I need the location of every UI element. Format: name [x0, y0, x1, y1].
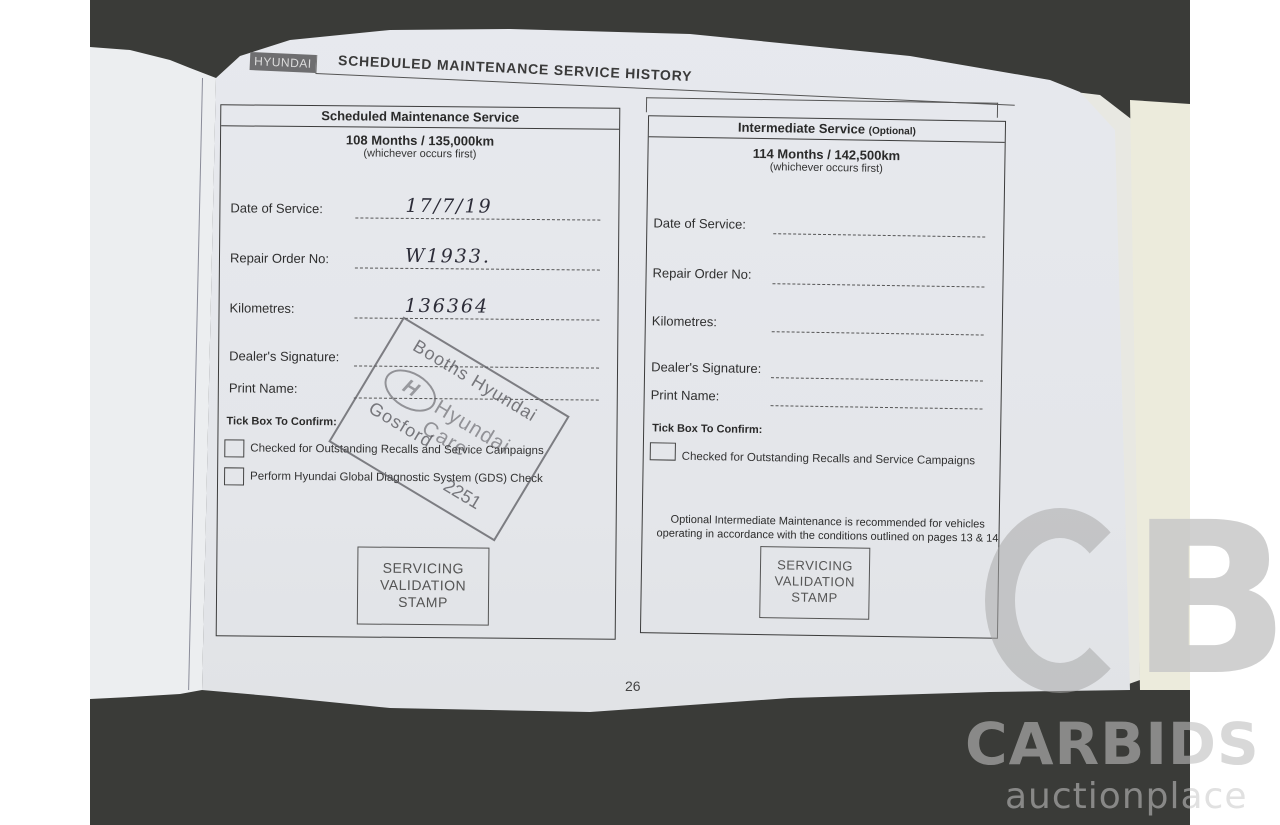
field-line	[355, 217, 600, 220]
stamp-line: STAMP	[358, 593, 488, 611]
field-repair-order[interactable]: Repair Order No:	[652, 258, 984, 287]
tick-heading: Tick Box To Confirm:	[652, 422, 762, 436]
field-label: Date of Service:	[230, 200, 323, 216]
field-repair-order[interactable]: Repair Order No: W1933.	[230, 243, 600, 270]
checkbox[interactable]	[224, 467, 244, 485]
checkbox[interactable]	[224, 439, 244, 457]
field-kilometres[interactable]: Kilometres: 136364	[229, 293, 599, 320]
scheduled-interval: 108 Months / 135,000km (whichever occurs…	[221, 131, 619, 161]
stamp-line: SERVICING	[761, 557, 869, 575]
field-print-name[interactable]: Print Name:	[651, 380, 983, 409]
field-date-of-service[interactable]: Date of Service:	[653, 208, 985, 237]
intermediate-service-box: Intermediate Service (Optional) 114 Mont…	[640, 115, 1006, 639]
field-line	[772, 331, 984, 335]
checkbox[interactable]	[650, 442, 676, 460]
field-line	[772, 283, 984, 287]
stamp-line: SERVICING	[358, 559, 488, 577]
page-number: 26	[625, 678, 641, 694]
field-line	[354, 317, 599, 320]
photo: HYUNDAI SCHEDULED MAINTENANCE SERVICE HI…	[90, 0, 1190, 825]
field-label: Dealer's Signature:	[229, 348, 339, 364]
field-label: Repair Order No:	[230, 250, 329, 266]
stamp-line: VALIDATION	[761, 573, 869, 591]
field-dealer-signature[interactable]: Dealer's Signature:	[651, 352, 983, 381]
field-label: Kilometres:	[652, 313, 717, 329]
field-label: Print Name:	[651, 387, 720, 403]
handwritten-value: W1933.	[405, 245, 491, 268]
stamp-line: VALIDATION	[358, 576, 488, 594]
field-label: Dealer's Signature:	[651, 359, 761, 376]
tick-heading: Tick Box To Confirm:	[227, 415, 337, 428]
stamp-postcode: 2251	[440, 475, 485, 514]
field-kilometres[interactable]: Kilometres:	[652, 306, 984, 335]
page-title: SCHEDULED MAINTENANCE SERVICE HISTORY	[338, 52, 693, 84]
handwritten-value: 17/7/19	[405, 195, 492, 218]
header-divider	[315, 55, 317, 73]
field-line	[771, 377, 983, 381]
field-label: Repair Order No:	[652, 265, 751, 282]
title-suffix: (Optional)	[869, 126, 916, 138]
field-line	[355, 267, 600, 270]
title-text: Intermediate Service	[738, 120, 865, 137]
stamp-line: STAMP	[760, 589, 868, 607]
scheduled-service-title: Scheduled Maintenance Service	[221, 105, 619, 129]
validation-stamp-box: SERVICING VALIDATION STAMP	[357, 546, 490, 625]
field-line	[771, 405, 983, 409]
service-page: HYUNDAI SCHEDULED MAINTENANCE SERVICE HI…	[90, 0, 1190, 825]
intermediate-note: Optional Intermediate Maintenance is rec…	[646, 512, 1008, 546]
brand-tab: HYUNDAI	[250, 52, 317, 73]
validation-stamp-box: SERVICING VALIDATION STAMP	[759, 546, 870, 620]
intermediate-service-title: Intermediate Service (Optional)	[649, 116, 1005, 143]
tick-recalls[interactable]: Checked for Outstanding Recalls and Serv…	[650, 442, 994, 467]
interval-note: (whichever occurs first)	[221, 146, 619, 161]
field-label: Kilometres:	[229, 300, 294, 316]
page-header: HYUNDAI SCHEDULED MAINTENANCE SERVICE HI…	[249, 48, 1009, 106]
field-label: Date of Service:	[653, 215, 746, 231]
field-date-of-service[interactable]: Date of Service: 17/7/19	[230, 193, 600, 220]
field-line	[773, 233, 985, 237]
intermediate-interval: 114 Months / 142,500km (whichever occurs…	[648, 144, 1004, 177]
field-label: Print Name:	[229, 380, 298, 396]
tick-label: Checked for Outstanding Recalls and Serv…	[682, 451, 976, 468]
handwritten-value: 136364	[404, 295, 489, 318]
